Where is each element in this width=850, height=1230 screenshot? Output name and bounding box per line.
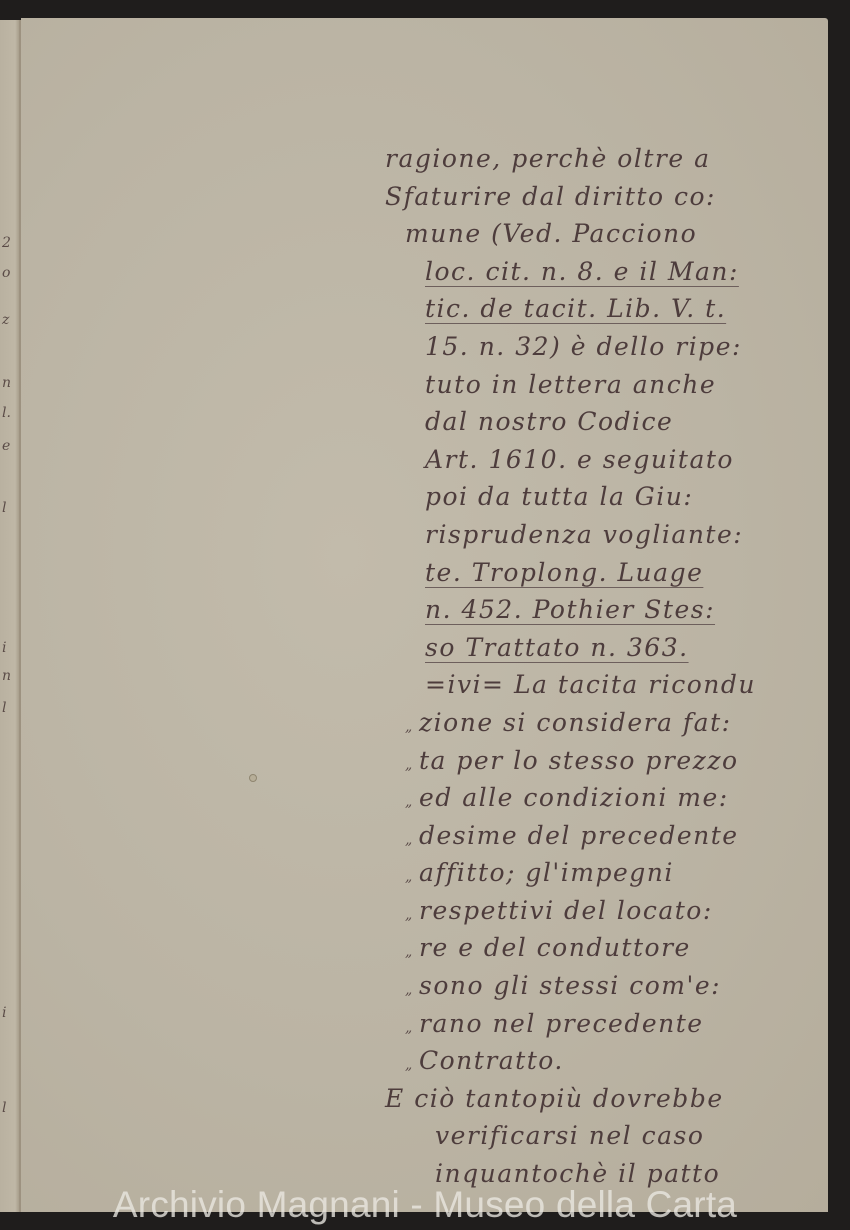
manuscript-line: dal nostro Codice (385, 403, 825, 441)
archive-watermark: Archivio Magnani - Museo della Carta (0, 1183, 850, 1227)
manuscript-line: „sono gli stessi com'e: (385, 967, 825, 1005)
manuscript-line: so Trattato n. 363. (385, 629, 825, 667)
manuscript-line: ragione, perchè oltre a (385, 140, 825, 178)
manuscript-line: poi da tutta la Giu: (385, 478, 825, 516)
manuscript-line: loc. cit. n. 8. e il Man: (385, 253, 825, 291)
manuscript-line: risprudenza vogliante: (385, 516, 825, 554)
left-page-fragment: i (2, 1005, 6, 1021)
left-page-fragment: 2 (2, 235, 11, 251)
manuscript-line: tuto in lettera anche (385, 366, 825, 404)
manuscript-line: „zione si considera fat: (385, 704, 825, 742)
manuscript-line: n. 452. Pothier Stes: (385, 591, 825, 629)
manuscript-line: mune (Ved. Pacciono (385, 215, 825, 253)
manuscript-line: 15. n. 32) è dello ripe: (385, 328, 825, 366)
left-page-fragment: z (2, 312, 9, 328)
left-page-fragment: i (2, 640, 6, 656)
manuscript-line: Sfaturire dal diritto co: (385, 178, 825, 216)
left-page-fragment: l. (2, 405, 11, 421)
scanned-document: 2 o z n l. e l i n l i l ragione, perchè… (0, 0, 850, 1230)
paper-spot (249, 774, 257, 782)
manuscript-line: „respettivi del locato: (385, 892, 825, 930)
left-page-fragment: o (2, 265, 10, 281)
manuscript-line: „affitto; gl'impegni (385, 854, 825, 892)
manuscript-text: ragione, perchè oltre a Sfaturire dal di… (385, 140, 825, 1193)
manuscript-line: „Contratto. (385, 1042, 825, 1080)
manuscript-line: „rano nel precedente (385, 1005, 825, 1043)
adjacent-page-strip: 2 o z n l. e l i n l i l (0, 20, 19, 1212)
left-page-fragment: n (2, 668, 11, 684)
manuscript-line: tic. de tacit. Lib. V. t. (385, 290, 825, 328)
manuscript-line: „desime del precedente (385, 817, 825, 855)
manuscript-line: „re e del conduttore (385, 929, 825, 967)
manuscript-line: verificarsi nel caso (385, 1117, 825, 1155)
left-page-fragment: e (2, 438, 10, 454)
manuscript-line: te. Troplong. Luage (385, 554, 825, 592)
manuscript-line: „ta per lo stesso prezzo (385, 742, 825, 780)
left-page-fragment: l (2, 500, 6, 516)
manuscript-line: Art. 1610. e seguitato (385, 441, 825, 479)
left-page-fragment: n (2, 375, 11, 391)
manuscript-line: „ed alle condizioni me: (385, 779, 825, 817)
left-page-fragment: l (2, 700, 6, 716)
left-page-fragment: l (2, 1100, 6, 1116)
manuscript-line: =ivi= La tacita ricondu (385, 666, 825, 704)
manuscript-line: E ciò tantopiù dovrebbe (385, 1080, 825, 1118)
